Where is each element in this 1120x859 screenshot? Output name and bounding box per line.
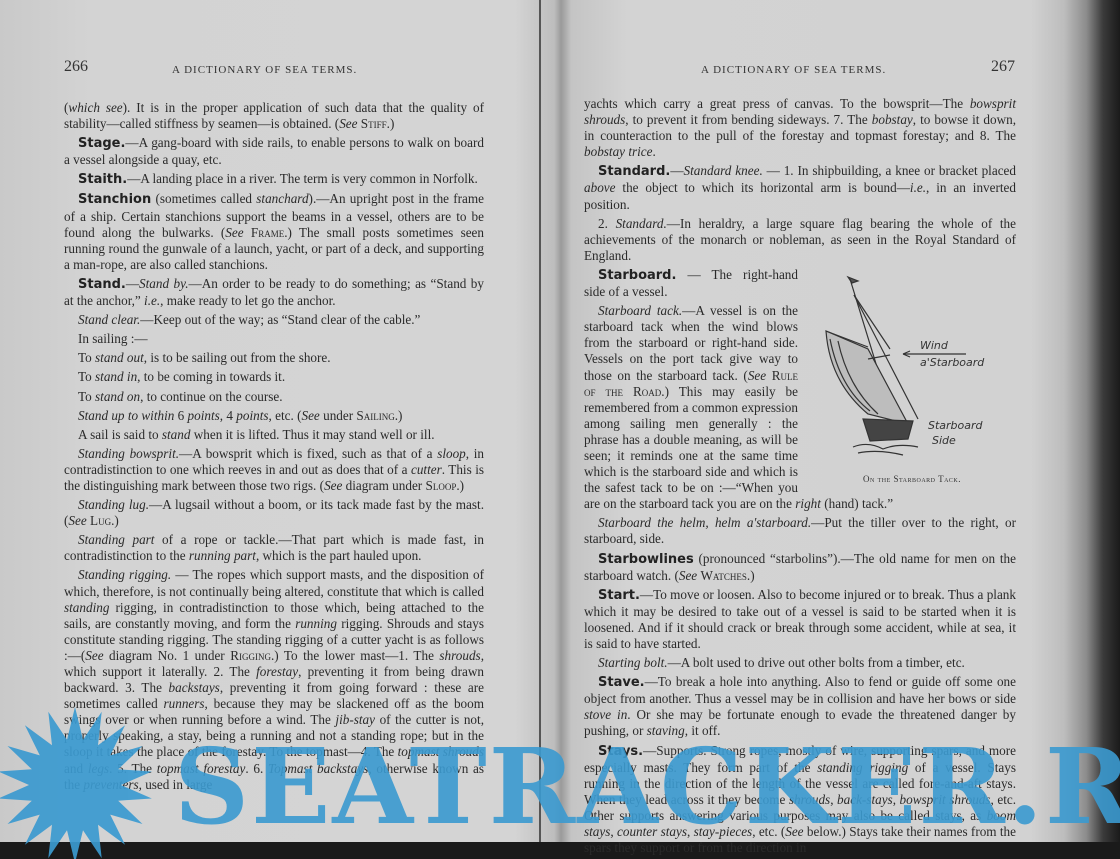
entry-paragraph: To stand on, to continue on the course. [64, 389, 484, 405]
entry-paragraph: Standing part of a rope or tackle.—That … [64, 532, 484, 564]
right-page: A DICTIONARY OF SEA TERMS. 267 yachts wh… [541, 0, 1101, 842]
entry-paragraph: yachts which carry a great press of canv… [584, 96, 1016, 160]
entry-paragraph: Standing lug.—A lugsail without a boom, … [64, 497, 484, 529]
entry-body: In sailing :— [78, 331, 148, 346]
entry-paragraph: A sail is said to stand when it is lifte… [64, 427, 484, 443]
dictionary-entry: Stage.—A gang-board with side rails, to … [64, 135, 484, 168]
entry-paragraph: To stand out, is to be sailing out from … [64, 350, 484, 366]
dictionary-entry: Stanchion (sometimes called stanchard).—… [64, 191, 484, 272]
starboard-tack-illustration: Wind a'Starboard Starboard Side On the S… [808, 269, 1016, 487]
left-page: 266 A DICTIONARY OF SEA TERMS. (which se… [0, 0, 540, 842]
entry-headword: Starboard. [598, 268, 676, 283]
entry-headword: Stave. [598, 675, 645, 690]
dictionary-entry: Stand.—Stand by.—An order to be ready to… [64, 276, 484, 309]
entry-headword: Start. [598, 588, 640, 603]
entry-paragraph: (which see). It is in the proper applica… [64, 100, 484, 132]
svg-text:a'Starboard: a'Starboard [920, 356, 985, 369]
dictionary-entry: Staith.—A landing place in a river. The … [64, 171, 484, 188]
entry-body: —Stand by.—An order to be ready to do so… [64, 276, 484, 308]
entry-paragraph: Stand clear.—Keep out of the way; as “St… [64, 312, 484, 328]
entry-body: Standing lug.—A lugsail without a boom, … [64, 497, 484, 528]
entry-paragraph: Stand up to within 6 points, 4 points, e… [64, 408, 484, 424]
entry-body: —A landing place in a river. The term is… [127, 171, 478, 186]
entry-body: To stand in, to be coming in towards it. [78, 369, 285, 384]
entry-body: 2. Standard.—In heraldry, a large square… [584, 216, 1016, 263]
svg-text:Starboard: Starboard [928, 419, 984, 432]
dictionary-entry: Starbowlines (pronounced “starbolins”).—… [584, 551, 1016, 584]
watermark-text: SEATRACKER.RU [174, 735, 1120, 839]
entry-paragraph: 2. Standard.—In heraldry, a large square… [584, 216, 1016, 264]
entry-body: —To move or loosen. Also to become injur… [584, 587, 1016, 651]
sailboat-drawing-icon: Wind a'Starboard Starboard Side [808, 269, 1016, 469]
entry-headword: Standard. [598, 164, 670, 179]
entry-body: Stand up to within 6 points, 4 points, e… [78, 408, 402, 423]
entry-body: Starting bolt.—A bolt used to drive out … [598, 655, 965, 670]
entry-body: Starboard the helm, helm a'starboard.—Pu… [584, 515, 1016, 546]
right-page-number: 267 [991, 58, 1015, 76]
left-page-text: (which see). It is in the proper applica… [64, 100, 484, 796]
left-page-number: 266 [64, 58, 88, 76]
entry-body: Standing part of a rope or tackle.—That … [64, 532, 484, 563]
entry-body: (which see). It is in the proper applica… [64, 100, 484, 131]
entry-body: To stand on, to continue on the course. [78, 389, 283, 404]
entry-paragraph: Standing bowsprit.—A bowsprit which is f… [64, 446, 484, 494]
entry-paragraph: To stand in, to be coming in towards it. [64, 369, 484, 385]
entry-body: Stand clear.—Keep out of the way; as “St… [78, 312, 420, 327]
entry-headword: Stand. [78, 277, 126, 292]
dictionary-entry: Standard.—Standard knee. — 1. In shipbui… [584, 163, 1016, 212]
right-running-head: A DICTIONARY OF SEA TERMS. [701, 64, 886, 76]
entry-body: A sail is said to stand when it is lifte… [78, 427, 435, 442]
entry-paragraph: In sailing :— [64, 331, 484, 347]
dictionary-entry: Start.—To move or loosen. Also to become… [584, 587, 1016, 652]
entry-headword: Staith. [78, 172, 127, 187]
entry-body: —A gang-board with side rails, to enable… [64, 135, 484, 167]
entry-headword: Stage. [78, 136, 125, 151]
left-running-head: A DICTIONARY OF SEA TERMS. [172, 64, 357, 76]
entry-body: Standing bowsprit.—A bowsprit which is f… [64, 446, 484, 493]
entry-headword: Stanchion [78, 192, 151, 207]
svg-text:Wind: Wind [920, 339, 949, 352]
figure-caption: On the Starboard Tack. [808, 471, 1016, 487]
svg-text:Side: Side [932, 434, 956, 447]
entry-paragraph: Starboard the helm, helm a'starboard.—Pu… [584, 515, 1016, 547]
entry-body: To stand out, is to be sailing out from … [78, 350, 331, 365]
entry-body: yachts which carry a great press of canv… [584, 96, 1016, 159]
entry-paragraph: Starting bolt.—A bolt used to drive out … [584, 655, 1016, 671]
entry-headword: Starbowlines [598, 552, 694, 567]
